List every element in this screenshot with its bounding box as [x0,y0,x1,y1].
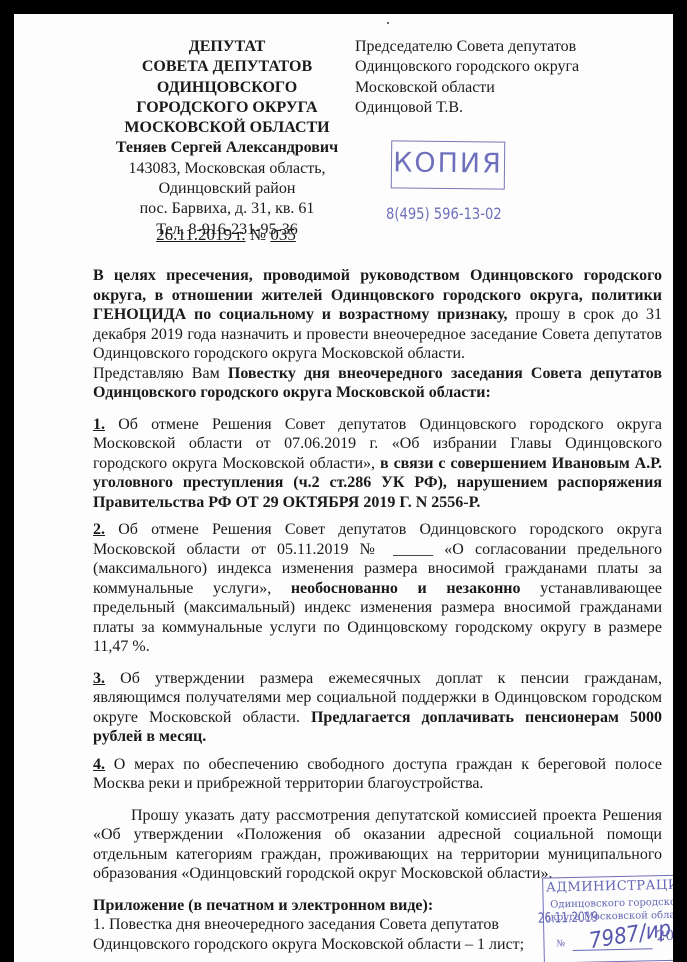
stamp-line: Одинцовского городского [544,896,673,910]
agenda-item-4: 4. О мерах по обеспечению свободного дос… [93,755,662,794]
copy-stamp: КОПИЯ [391,140,505,189]
sender-address-line: пос. Барвиха, д. 31, кв. 61 [102,199,352,219]
attachment-heading-text: Приложение (в печатном и электронном вид… [93,897,433,914]
agenda-item-text: О мерах по обеспечению свободного доступ… [93,756,662,793]
agenda-item-number: 3. [93,670,105,687]
document-date: 26.11.2019 г. [156,225,245,244]
agenda-intro: Представляю Вам Повестку дня внеочередно… [93,364,662,403]
sender-title-line: ДЕПУТАТ [102,37,352,57]
agenda-item-number: 4. [93,756,105,773]
copy-stamp-phone: 8(495) 596-13-02 [386,204,502,223]
request-paragraph: Прошу указать дату рассмотрения депутатс… [93,806,662,884]
recipient-block: Председателю Совета депутатов Одинцовско… [355,37,655,118]
stamp-year: 20__г. [656,927,673,944]
agenda-item-2: 2. Об отмене Решения Совет депутатов Оди… [93,520,662,657]
letter-body: В целях пресечения, проводимой руководст… [93,266,662,954]
sender-title-line: СОВЕТА ДЕПУТАТОВ [102,57,352,77]
sender-title-line: ГОРОДСКОГО ОКРУГА [102,98,352,118]
sender-name: Теняев Сергей Александрович [102,138,352,158]
attachment-item: 1. Повестка дня внеочередного заседания … [93,915,563,954]
agenda-item-1: 1. Об отмене Решения Совет депутатов Оди… [93,415,662,513]
agenda-item-number: 1. [93,416,105,433]
stamp-title: АДМИНИСТРАЦИЯ [543,877,673,895]
agenda-item-bold: необоснованно и незаконно [291,580,521,597]
registration-stamp: АДМИНИСТРАЦИЯ Одинцовского городского ок… [542,874,673,962]
sender-block: ДЕПУТАТ СОВЕТА ДЕПУТАТОВ ОДИНЦОВСКОГО ГО… [102,37,352,240]
document-page: ДЕПУТАТ СОВЕТА ДЕПУТАТОВ ОДИНЦОВСКОГО ГО… [14,14,673,962]
document-date-number: 26.11.2019 г. № 035 [126,225,326,245]
stamp-date: 26.11.2019 [538,909,598,926]
number-sign: № [250,225,266,244]
recipient-line: Московской области [355,78,655,98]
agenda-intro-text: Представляю Вам [93,365,228,382]
recipient-line: Председателю Совета депутатов [355,37,655,57]
stamp-number-label: № [556,939,565,949]
agenda-item-3: 3. Об утверждении размера ежемесячных до… [93,669,662,747]
scan-speck [387,22,389,24]
recipient-line: Одинцовой Т.В. [355,98,655,118]
sender-address-line: 143083, Московская область, [102,159,352,179]
sender-address-line: Одинцовский район [102,179,352,199]
document-number: 035 [270,225,296,244]
recipient-line: Одинцовского городского округа [355,57,655,77]
agenda-item-number: 2. [93,521,105,538]
sender-title-line: ОДИНЦОВСКОГО [102,78,352,98]
sender-title-line: МОСКОВСКОЙ ОБЛАСТИ [102,118,352,138]
intro-paragraph: В целях пресечения, проводимой руководст… [93,266,662,364]
